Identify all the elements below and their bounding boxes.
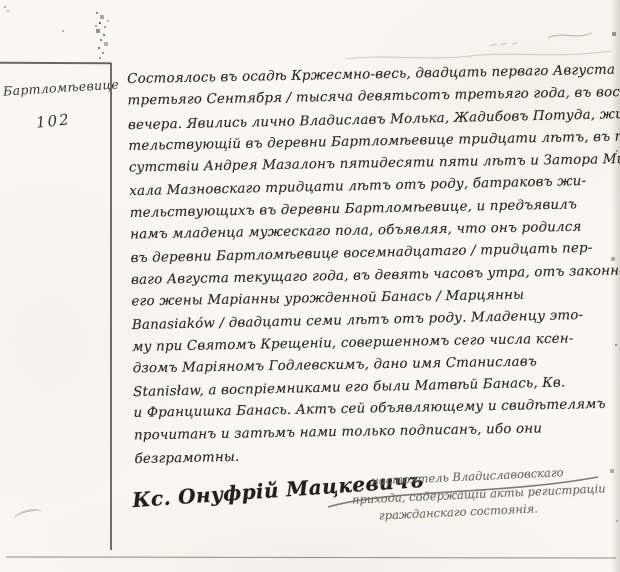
margin-top-rule [0, 62, 111, 64]
act-number: 102 [35, 110, 71, 132]
record-text: Состоялось въ осадѣ Кржесмно-весь, двадц… [127, 60, 620, 471]
scanned-register-page: Бартломѣевице 102 Состоялось въ осадѣ Кр… [0, 0, 620, 572]
edge-specks [0, 0, 2, 2]
clerk-position-annotation: настоятель Владиславовскаго прихода, сод… [351, 462, 607, 526]
margin-place-name: Бартломѣевице [3, 76, 122, 98]
scan-edge-line [6, 556, 616, 558]
bottom-smudge [13, 507, 43, 524]
margin-vertical-rule [110, 63, 112, 550]
